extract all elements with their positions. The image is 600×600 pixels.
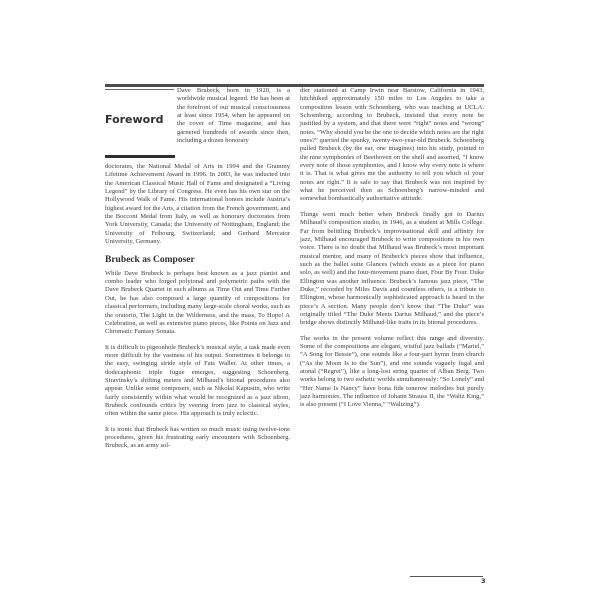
body-paragraph: The works in the present volume reflect … xyxy=(300,335,484,410)
page-number: 3 xyxy=(481,577,486,585)
right-column: dier stationed at Camp Irwin near Barsto… xyxy=(300,87,484,417)
body-paragraph: It is difficult to pigeonhole Brubeck’s … xyxy=(105,344,290,419)
subheading-composer: Brubeck as Composer xyxy=(105,256,290,264)
body-paragraph: Things went much better when Brubeck fin… xyxy=(300,211,484,328)
body-paragraph: While Dave Brubeck is perhaps best known… xyxy=(105,270,290,337)
intro-continued-paragraph: doctorates, the National Medal of Arts i… xyxy=(105,163,290,246)
heading-bar xyxy=(105,155,175,158)
section-title: Foreword xyxy=(105,113,164,126)
footer-rule xyxy=(410,576,483,577)
body-paragraph: It is ironic that Brubeck has written so… xyxy=(105,426,290,451)
left-column: doctorates, the National Medal of Arts i… xyxy=(105,163,290,458)
top-rule-thin xyxy=(105,89,174,90)
document-page: Foreword Dave Brubeck, born in 1920, is … xyxy=(0,0,600,600)
intro-paragraph: Dave Brubeck, born in 1920, is a worldwi… xyxy=(177,87,290,145)
body-paragraph: dier stationed at Camp Irwin near Barsto… xyxy=(300,87,484,204)
